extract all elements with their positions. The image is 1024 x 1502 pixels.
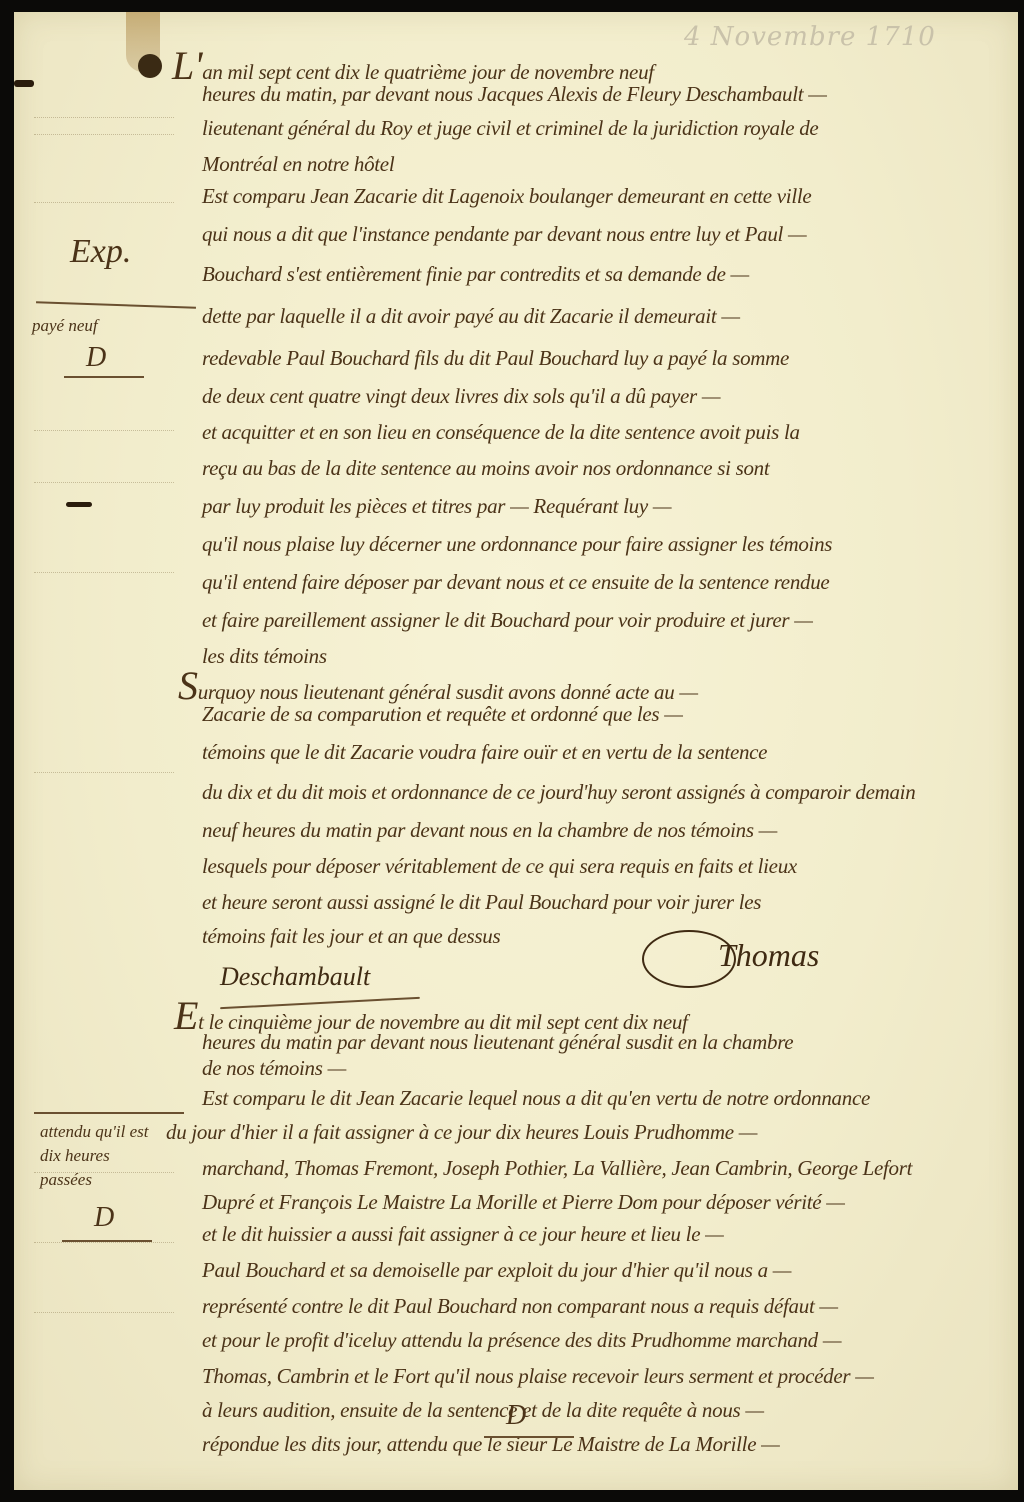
text-line: qu'il nous plaise luy décerner une ordon… [202, 532, 832, 557]
text-line: et acquitter et en son lieu en conséquen… [202, 420, 800, 445]
margin-paraph: D [86, 342, 106, 374]
text-line: du dix et du dit mois et ordonnance de c… [202, 780, 915, 805]
text-line: qui nous a dit que l'instance pendante p… [202, 222, 806, 247]
text-line: Bouchard s'est entièrement finie par con… [202, 262, 749, 287]
signature-deschambault: Deschambault [220, 962, 370, 992]
margin-rule [34, 1112, 184, 1114]
text-line: redevable Paul Bouchard fils du dit Paul… [202, 346, 789, 371]
ink-mark [14, 80, 34, 87]
text-line: Est comparu Jean Zacarie dit Lagenoix bo… [202, 184, 811, 209]
text-line: Paul Bouchard et sa demoiselle par explo… [202, 1258, 791, 1283]
text-line: neuf heures du matin par devant nous en … [202, 818, 777, 843]
text-line: de deux cent quatre vingt deux livres di… [202, 384, 720, 409]
text-line: marchand, Thomas Fremont, Joseph Pothier… [202, 1156, 912, 1181]
margin-rule [62, 1240, 152, 1242]
bleed-through [34, 772, 174, 774]
bleed-through [34, 117, 174, 119]
ink-mark [66, 502, 92, 507]
margin-note: attendu qu'il est dix heures passées [40, 1120, 160, 1192]
bleed-through [34, 202, 174, 204]
ink-blot [138, 54, 162, 78]
text-line: lieutenant général du Roy et juge civil … [202, 116, 818, 141]
bleed-through [34, 572, 174, 574]
text-line: témoins que le dit Zacarie voudra faire … [202, 740, 767, 765]
text-line: Est comparu le dit Jean Zacarie lequel n… [202, 1086, 870, 1111]
text-line: Zacarie de sa comparution et requête et … [202, 702, 683, 727]
text-line: et le dit huissier a aussi fait assigner… [202, 1222, 724, 1247]
text-line: reçu au bas de la dite sentence au moins… [202, 456, 769, 481]
text-line: qu'il entend faire déposer par devant no… [202, 570, 829, 595]
bleed-through [34, 482, 174, 484]
manuscript-page: 4 Novembre 1710 L'an mil sept cent dix l… [14, 12, 1018, 1490]
margin-note: payé neuf [32, 314, 98, 338]
text-line: Dupré et François Le Maistre La Morille … [202, 1190, 845, 1215]
bleed-through [34, 1242, 174, 1244]
margin-rule [64, 376, 144, 378]
margin-paraph: D [94, 1202, 114, 1234]
margin-numeral: Exp. [70, 240, 131, 264]
closing-rule [484, 1436, 574, 1438]
text-line: de nos témoins — [202, 1056, 346, 1081]
text-line: représenté contre le dit Paul Bouchard n… [202, 1294, 838, 1319]
text-line: heures du matin par devant nous lieutena… [202, 1030, 793, 1055]
bleed-through [34, 134, 174, 136]
text-line: et heure seront aussi assigné le dit Pau… [202, 890, 761, 915]
text-line: du jour d'hier il a fait assigner à ce j… [166, 1120, 757, 1145]
text-line: Thomas, Cambrin et le Fort qu'il nous pl… [202, 1364, 874, 1389]
closing-paraph: D [506, 1400, 526, 1432]
text-line: et faire pareillement assigner le dit Bo… [202, 608, 813, 633]
text-line: par luy produit les pièces et titres par… [202, 494, 671, 519]
text-line: témoins fait les jour et an que dessus [202, 924, 500, 949]
bleed-through [34, 430, 174, 432]
text-line: et pour le profit d'iceluy attendu la pr… [202, 1328, 841, 1353]
text-line: à leurs audition, ensuite de la sentence… [202, 1398, 764, 1423]
text-line: heures du matin, par devant nous Jacques… [202, 82, 827, 107]
pencil-date-annotation: 4 Novembre 1710 [684, 22, 936, 52]
margin-rule [36, 301, 196, 309]
text-line: Montréal en notre hôtel [202, 152, 394, 177]
text-line: lesquels pour déposer véritablement de c… [202, 854, 797, 879]
signature-thomas: Thomas [718, 937, 819, 974]
bleed-through [34, 1312, 174, 1314]
text-line: dette par laquelle il a dit avoir payé a… [202, 304, 740, 329]
